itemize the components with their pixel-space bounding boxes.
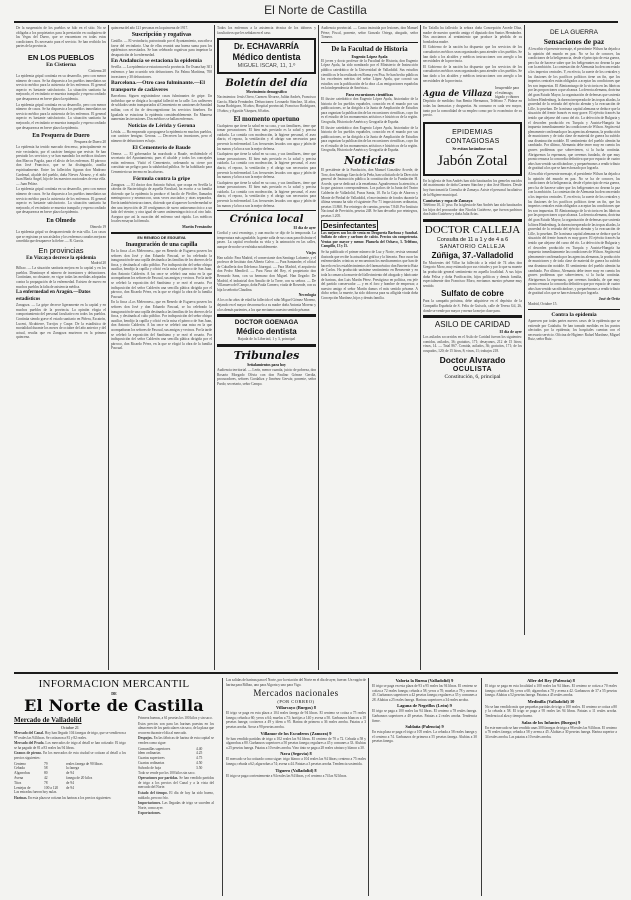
article-text: Han salido: Para Madrid, el comerciante … (217, 256, 316, 293)
column-6: DE LA GUERRA Sensaciones de paz Al escri… (528, 26, 620, 636)
article-text: Al escribir el presente mensaje, el pres… (528, 172, 620, 296)
article-text: En la finca «Los Melerones», que en Rene… (111, 300, 212, 351)
article-text: El presidente de la Fundación, don Manue… (321, 168, 418, 219)
article-text: Se ha publicado el primer número de Luz … (321, 250, 418, 301)
column-divider (420, 25, 421, 670)
subheading: Operaciones por partidas. (138, 776, 178, 780)
section-heading: Tribunales (217, 349, 316, 363)
column-3: Todos los enfermos a la asistencia técni… (217, 26, 316, 670)
market-list: Valoria la Buena (Valladolid) 9El trigo … (372, 678, 477, 744)
article-text: Orense. — El gobernador ha marchado a Ba… (111, 152, 212, 175)
ad-address: MIGUEL ISCAR, 11, 1.º (221, 63, 312, 70)
ad-agua-villaza: Agua de Villaza Insuperable para el estó… (423, 86, 522, 99)
article-text: Las entradas fueron hoy nulas. (14, 790, 126, 795)
ad-sanatorio: SANATORIO CALLEJA (423, 244, 522, 251)
column-1: De la suspensión de los pueblos se hilo … (16, 26, 106, 670)
article-text: El joven y docto profesor de la Facultad… (321, 59, 418, 91)
divider (528, 309, 620, 310)
ad-title: Desinfectantes (321, 220, 378, 231)
divider (423, 315, 522, 318)
mercantil-column-1: INFORMACION MERCANTIL DE El Norte de Cas… (14, 678, 214, 898)
article-heading: Barcelona.—Otro caso fulminante.—El tran… (111, 80, 212, 94)
section-heading: ASILO DE CARIDAD (423, 320, 522, 330)
market-report: Se han vendido partidas de trigo a 102 r… (226, 737, 366, 751)
ad-title: DOCTOR GOENAGA (217, 319, 316, 327)
article-heading: Mercado de Valladolid (14, 716, 126, 725)
section-heading: En provincias (16, 246, 106, 255)
subheading: Harinas. (14, 796, 27, 800)
ad-title: Dr. ECHAVARRÍA (221, 42, 312, 52)
market-report: En esta plaza se paga el trigo a 105 rea… (372, 730, 477, 744)
ad-title: EPIDEMIAS CONTAGIOSAS (427, 128, 518, 146)
article-text: Cualquiera que tiene la salud en su casa… (217, 124, 316, 152)
market-report: En este mercado se han vendido unas 300 … (485, 726, 617, 740)
column-5: En Tafalla ha fallecido la señora doña C… (423, 26, 522, 670)
article-text: Para la campaña próxima, debe adquirirse… (423, 299, 522, 313)
section-heading: EN LOS PUEBLOS (16, 53, 106, 62)
article-heading: Fórmula contra la gripe (111, 176, 212, 183)
column-4: Audiencia provincial. — Causa instruida … (321, 26, 418, 670)
column-divider (481, 678, 482, 896)
article-text: De la suspensión de los pueblos se hilo … (16, 26, 106, 49)
article-text: En la finca «Los Melerones», que en Rene… (111, 249, 212, 300)
masthead-rule (14, 21, 618, 23)
article-text: Al escribir el presente mensaje, el pres… (528, 47, 620, 171)
masthead-title: El Norte de Castilla (0, 0, 631, 20)
ad-address: Zúñiga, 37.-Valladolid (423, 251, 522, 261)
article-text: Lérida. — Ha empezado a propagarse la ep… (111, 130, 212, 144)
ad-address: Bajada de la Libertad, 1 y 3, principal (217, 337, 316, 342)
divider (217, 210, 316, 211)
subheading: Despojos. (138, 736, 153, 740)
divider (111, 232, 212, 234)
article-text: Cualquiera que tiene la salud en su casa… (217, 181, 316, 209)
ad-jabon-zotal: EPIDEMIAS CONTAGIOSAS Se evitan lavándos… (423, 122, 522, 176)
table-row: Salvado de hoja3.50 (138, 766, 214, 771)
article-text: El ilustre catedrático don Eugenio López… (321, 97, 418, 125)
column-2: quincena del año 121 personas en la quin… (111, 26, 212, 670)
section-heading: Mercados nacionales (226, 688, 366, 699)
article-heading: En Cistierna (16, 62, 106, 69)
ad-tagline: Insuperable para el estómago, hígado y r… (495, 86, 522, 99)
article-text: La epidemia gripal continúa en su desarr… (16, 103, 106, 131)
article-text: El ilustre catedrático don Eugenio López… (321, 126, 418, 154)
table-cell: 3.50 (196, 766, 214, 771)
article-text: El Gobierno de la nación ha dispuesto qu… (423, 65, 522, 83)
market-report: El mercado se ha cotizado como sigue: tr… (226, 757, 366, 766)
article-text: La epidemia gripal va desapareciendo de … (16, 230, 106, 244)
article-text: Todos los enfermos a la asistencia técni… (217, 26, 316, 35)
article-heading: La enfermedad en Aragón.—Datos estadísti… (16, 290, 106, 303)
article-text: Primera buenas, a 61 pesetas los 100 kil… (138, 716, 214, 721)
article-heading: Sensaciones de paz (528, 37, 620, 47)
article-text: En Mucientes del Villar ha fallecido a l… (423, 261, 522, 289)
column-divider (222, 678, 223, 896)
market-report: No se han vendido más que pequeñas parti… (485, 705, 617, 719)
market-report: El trigo se paga en esta plaza a 104 rea… (226, 711, 366, 729)
ad-hours: Consulta de 11 a 1 y de 4 a 6 (423, 237, 522, 244)
article-text: Depósito de medidas: San Benito Hermanos… (423, 99, 522, 117)
ad-desinfectantes: Desinfectantes (321, 220, 418, 231)
article-text: Sevilla. — La epidemia se estaciona en l… (111, 65, 212, 79)
article-text: En esta plaza se cotizan las harinas a l… (28, 796, 111, 800)
table-cell: de 94 (66, 786, 126, 791)
table-cell: Salvado de hoja (138, 766, 196, 771)
subheading: Estado del tiempo. (138, 791, 168, 795)
section-kicker: DE LA GUERRA (528, 28, 620, 37)
article-heading: Sulfato de cobre (423, 289, 522, 299)
mercado-valladolid: Mercado de Valladolid Octubre 21 Mercado… (14, 716, 126, 817)
granos-price-table: Centeno79reales fanega de 90 librasCebad… (14, 762, 126, 791)
ad-title: DOCTOR CALLEJA (423, 224, 522, 237)
column-divider (368, 678, 369, 896)
ad-address: Constitución, 6, principal (423, 374, 522, 381)
mercantil-header: INFORMACION MERCANTIL (14, 678, 214, 691)
ad-doctor-alvarado: Doctor Alvarado OCULISTA Constitución, 6… (423, 355, 522, 381)
article-heading: Suscripción y rogativas (111, 32, 212, 40)
article-heading: El Cementerio de Baude (111, 145, 212, 152)
article-heading: En Andalucía se estaciona la epidemia (111, 58, 212, 65)
article-text: Los mejores son los de venta en Droguerí… (321, 231, 418, 249)
mercantil-paper-title: El Norte de Castilla (14, 696, 214, 716)
article-text: Teléfono 10, 4.º piso. En la iglesia de … (423, 203, 522, 217)
article-text: En la iglesia de San Andrés han sido bau… (423, 179, 522, 197)
article-heading: Inauguración de una capilla (111, 241, 212, 249)
article-text: El Gobierno de la nación ha dispuesto qu… (423, 45, 522, 63)
ad-subtitle: Médico dentista (217, 327, 316, 337)
market-report: El trigo se paga en esta localidad a 100… (485, 684, 617, 698)
article-text: Las salidas de harinas para el Norte, po… (226, 678, 366, 687)
ad-subtitle: OCULISTA (423, 365, 522, 374)
article-heading: En Olmedo (16, 217, 106, 225)
article-text: Bilbao. — La situación sanitaria mejora … (16, 266, 106, 289)
market-report: El trigo se paga corrientemente a 94 rea… (226, 774, 366, 779)
divider (321, 42, 418, 43)
article-text: Cordial y casi veraniego, y aun mucho se… (217, 231, 316, 249)
article-text: Zaragoza. — La gripe decrece ligeramente… (16, 303, 106, 340)
dateline: Madrid, Octubre 15. (528, 302, 620, 307)
mercados-nacionales-1: Las salidas de harinas para el Norte, po… (226, 678, 366, 898)
article-text: Castillo. — El vecindario, patrocinado p… (111, 39, 212, 57)
article-text: La epidemia ha tenido marcado descenso, … (16, 145, 106, 186)
subheading: Mercado del Prado. (14, 741, 44, 745)
ad-title: Agua de Villaza (423, 88, 492, 98)
newspaper-page: El Norte de Castilla De la suspensión de… (0, 0, 631, 900)
market-list: Aller del Rey (Palencia) 8El trigo se pa… (485, 678, 617, 739)
subheading: Mercado del Canal. (14, 731, 44, 735)
subheading: Exportaciones. (138, 811, 161, 815)
divider (217, 344, 316, 347)
article-heading: Noticias de Lérida y Gerona (111, 123, 212, 130)
subheading: Granos de pienso. (14, 751, 42, 755)
article-text: Barcelona. Siguen registrándose casos fu… (111, 94, 212, 122)
ad-subtitle: Médico dentista (221, 52, 312, 63)
article-text: Los asilados socorridos en el Asilo de C… (423, 335, 522, 353)
section-heading: De la Facultad de Historia (321, 45, 418, 54)
article-text: Estos precios son para las harinas puest… (138, 722, 214, 736)
ad-title: Doctor Alvarado (423, 355, 522, 365)
article-heading: El momento oportuno (217, 115, 316, 124)
divider (217, 314, 316, 317)
article-text: Cualquiera que tiene la salud en su casa… (217, 152, 316, 180)
section-heading: Noticias (321, 154, 418, 168)
despojos-price-table: Comunillas superiores4.40ídem ordinarias… (138, 747, 214, 771)
article-text: La epidemia gripal continúa en su desarr… (16, 74, 106, 102)
article-text: Audiencia provincial. — Causa instruida … (321, 26, 418, 40)
mercados-nacionales-2: Valoria la Buena (Valladolid) 9El trigo … (372, 678, 477, 898)
article-text: Todo se vende por los 100 kilos sin saco… (138, 771, 214, 776)
article-text: Nacimientos: Jesús Otero, Carmen Álvarez… (217, 95, 316, 113)
article-text: Zaragoza. — El doctor don Antonio Salvat… (111, 183, 212, 224)
section-heading: Crónica local (217, 213, 316, 226)
ad-dentist-echavarria: Dr. ECHAVARRÍA Médico dentista MIGUEL IS… (217, 38, 316, 74)
ad-dentist-goenaga: DOCTOR GOENAGA Médico dentista Bajada de… (217, 319, 316, 342)
ad-doctor-calleja: DOCTOR CALLEJA Consulta de 11 a 1 y de 4… (423, 224, 522, 261)
article-text: Aparecen por todas partes nuevos casos d… (528, 319, 620, 342)
column-divider (214, 25, 215, 670)
market-report: El trigo se paga en esta plaza de 93 a 9… (372, 684, 477, 702)
column-divider (108, 25, 109, 670)
article-text: La epidemia gripal continúa en su desarr… (16, 187, 106, 215)
divider (423, 219, 522, 222)
mercados-nacionales-3: Aller del Rey (Palencia) 8El trigo se pa… (485, 678, 617, 898)
subheading: Importaciones. (138, 801, 161, 805)
section-heading: Boletín del día (217, 77, 316, 90)
mercado-valladolid-cont: Primera buenas, a 61 pesetas los 100 kil… (138, 716, 214, 817)
ad-product: Jabón Zotal (427, 152, 518, 170)
article-text: En Tafalla ha fallecido la señora doña C… (423, 26, 522, 44)
article-heading: En Pesquera de Duero (16, 132, 106, 140)
article-text: A los ocho años de edad ha fallecido el … (217, 298, 316, 312)
column-divider (318, 25, 319, 670)
article-text: quincena del año 121 personas en la quin… (111, 26, 212, 31)
market-list: Villarcayo (Burgos) 8El trigo se paga en… (226, 705, 366, 778)
signature: Martín Fernández (111, 225, 212, 230)
article-heading: Contra la epidemia (528, 312, 620, 319)
market-report: El trigo se paga a 100 reales las 94 lib… (372, 709, 477, 723)
column-divider (524, 25, 525, 635)
article-text: Audiencia territorial. — Lerín, menor cu… (217, 368, 316, 386)
section-rule (14, 672, 618, 674)
